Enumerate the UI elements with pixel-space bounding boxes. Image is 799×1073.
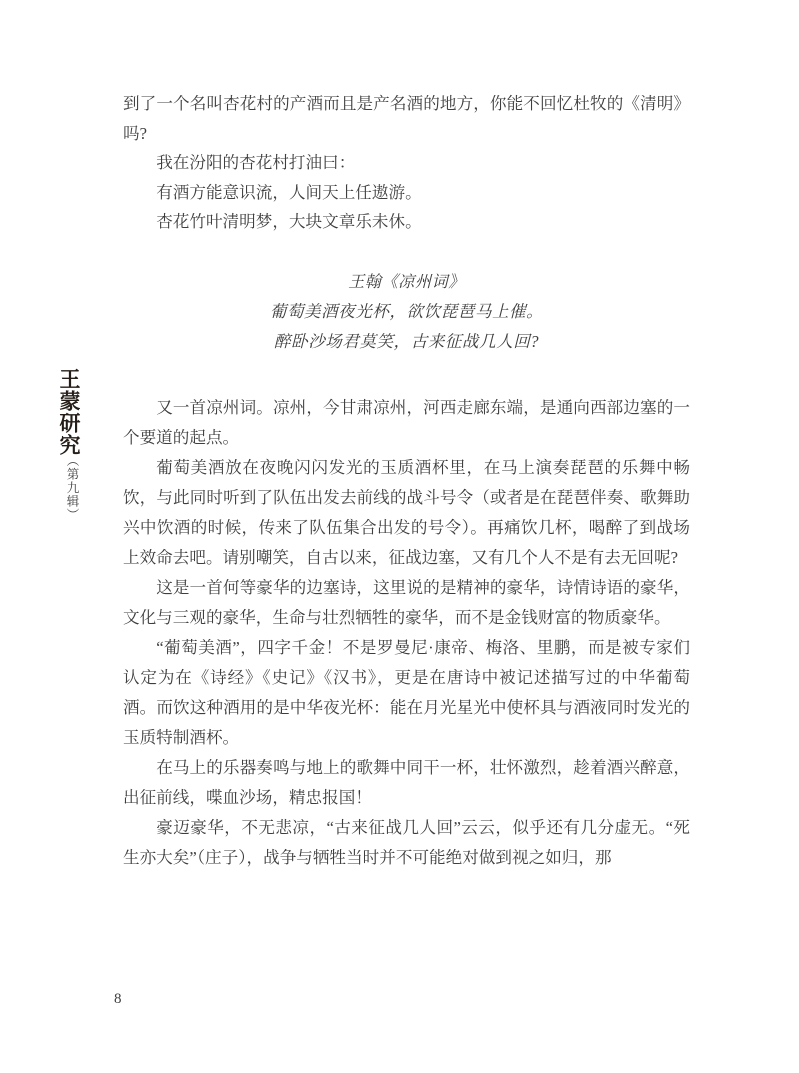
doggerel-line-1: 有酒方能意识流，人间天上任遨游。	[123, 178, 690, 208]
page-content: 到了一个名叫杏花村的产酒而且是产名酒的地方，你能不回忆杜牧的《清明》吗? 我在汾…	[123, 89, 690, 873]
commentary-paragraph: “葡萄美酒”，四字千金！不是罗曼尼·康帝、梅洛、里鹏，而是被专家们认定为在《诗经…	[123, 633, 690, 753]
commentary-paragraph: 在马上的乐器奏鸣与地上的歌舞中同干一杯，壮怀激烈，趁着酒兴醉意，出征前线，喋血沙…	[123, 753, 690, 813]
paragraph-opening-continuation: 到了一个名叫杏花村的产酒而且是产名酒的地方，你能不回忆杜牧的《清明》吗?	[123, 89, 690, 148]
commentary-paragraph: 豪迈豪华，不无悲凉，“古来征战几人回”云云，似乎还有几分虚无。“死生亦大矣”（庄…	[123, 813, 690, 873]
poem-line-2: 醉卧沙场君莫笑，古来征战几人回?	[123, 327, 690, 357]
poem-title: 王翰《凉州词》	[123, 267, 690, 297]
page-number: 8	[114, 991, 122, 1008]
doggerel-line-2: 杏花竹叶清明梦，大块文章乐未休。	[123, 207, 690, 237]
commentary-paragraph: 这是一首何等豪华的边塞诗，这里说的是精神的豪华，诗情诗语的豪华，文化与三观的豪华…	[123, 573, 690, 633]
doggerel-intro-line: 我在汾阳的杏花村打油曰：	[123, 148, 690, 178]
poem-line-1: 葡萄美酒夜光杯，欲饮琵琶马上催。	[123, 297, 690, 327]
series-volume-vertical: （第九辑）	[63, 454, 81, 522]
series-title-vertical: 王蒙研究	[54, 368, 84, 456]
commentary-paragraph: 葡萄美酒放在夜晚闪闪发光的玉质酒杯里，在马上演奏琵琶的乐舞中畅饮，与此同时听到了…	[123, 453, 690, 573]
commentary-paragraph: 又一首凉州词。凉州，今甘肃凉州，河西走廊东端，是通向西部边塞的一个要道的起点。	[123, 393, 690, 453]
poem-block: 王翰《凉州词》 葡萄美酒夜光杯，欲饮琵琶马上催。 醉卧沙场君莫笑，古来征战几人回…	[123, 267, 690, 357]
book-page: 王蒙研究 （第九辑） 到了一个名叫杏花村的产酒而且是产名酒的地方，你能不回忆杜牧…	[0, 0, 799, 1073]
commentary-paragraphs: 又一首凉州词。凉州，今甘肃凉州，河西走廊东端，是通向西部边塞的一个要道的起点。 …	[123, 393, 690, 873]
